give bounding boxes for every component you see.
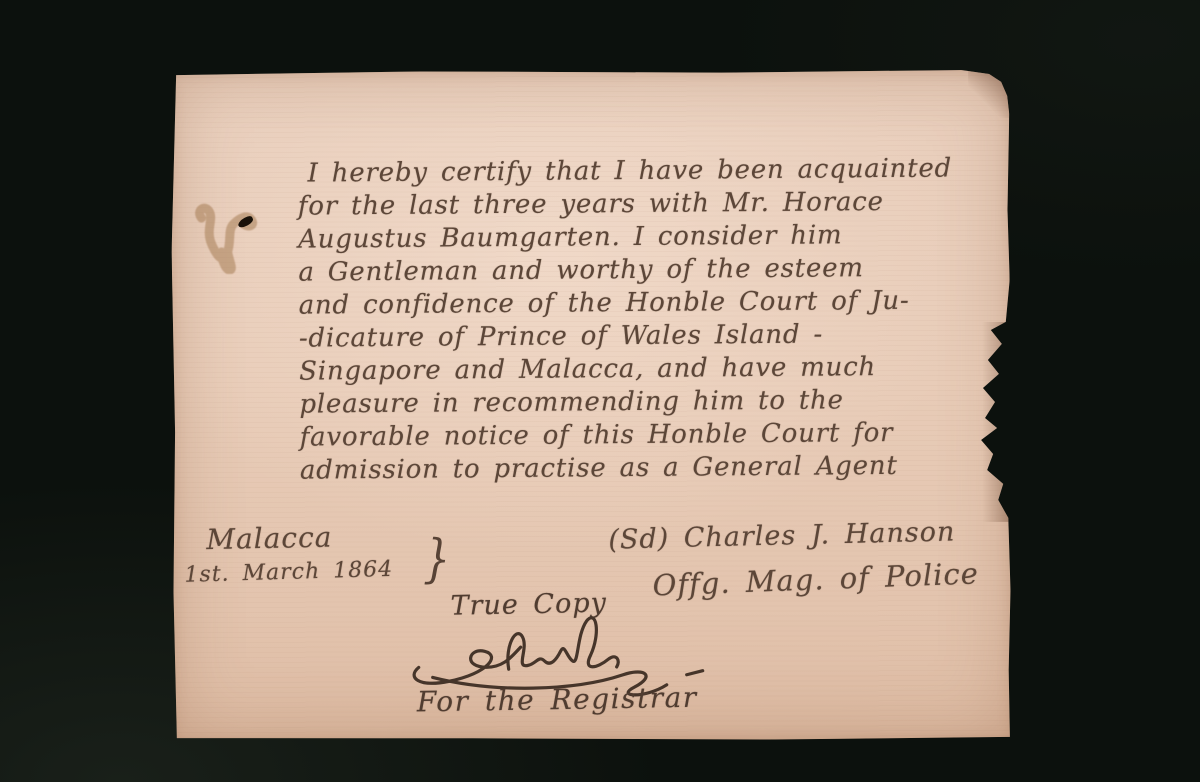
signer-title-line: Offg. Mag. of Police [652,556,979,602]
photo-background: I hereby certify that I have been acquai… [0,0,1200,782]
folded-corner [968,70,1010,118]
date-brace: } [423,529,451,590]
ink-stain [191,200,267,274]
body-line: admission to practise as a General Agent [300,449,1012,488]
document-paper: I hereby certify that I have been acquai… [171,70,1012,742]
signed-by-line: (Sd) Charles J. Hanson [608,516,956,555]
body-line: a Gentleman and worthy of the esteem [298,251,1010,290]
body-line: favorable notice of this Honble Court fo… [300,416,1012,455]
body-line: -dicature of Prince of Wales Island - [299,317,1011,356]
certificate-body: I hereby certify that I have been acquai… [297,152,1012,488]
for-registrar-line: For the Registrar [417,681,698,719]
body-line: for the last three years with Mr. Horace [298,185,1010,224]
body-line: pleasure in recommending him to the [299,383,1011,422]
date-line: 1st. March 1864 [184,557,393,588]
body-line: Singapore and Malacca, and have much [299,350,1011,389]
body-line: Augustus Baumgarten. I consider him [298,218,1010,257]
place-name: Malacca [206,521,333,557]
body-line: and confidence of the Honble Court of Ju… [299,284,1011,323]
body-line: I hereby certify that I have been acquai… [307,152,1009,191]
